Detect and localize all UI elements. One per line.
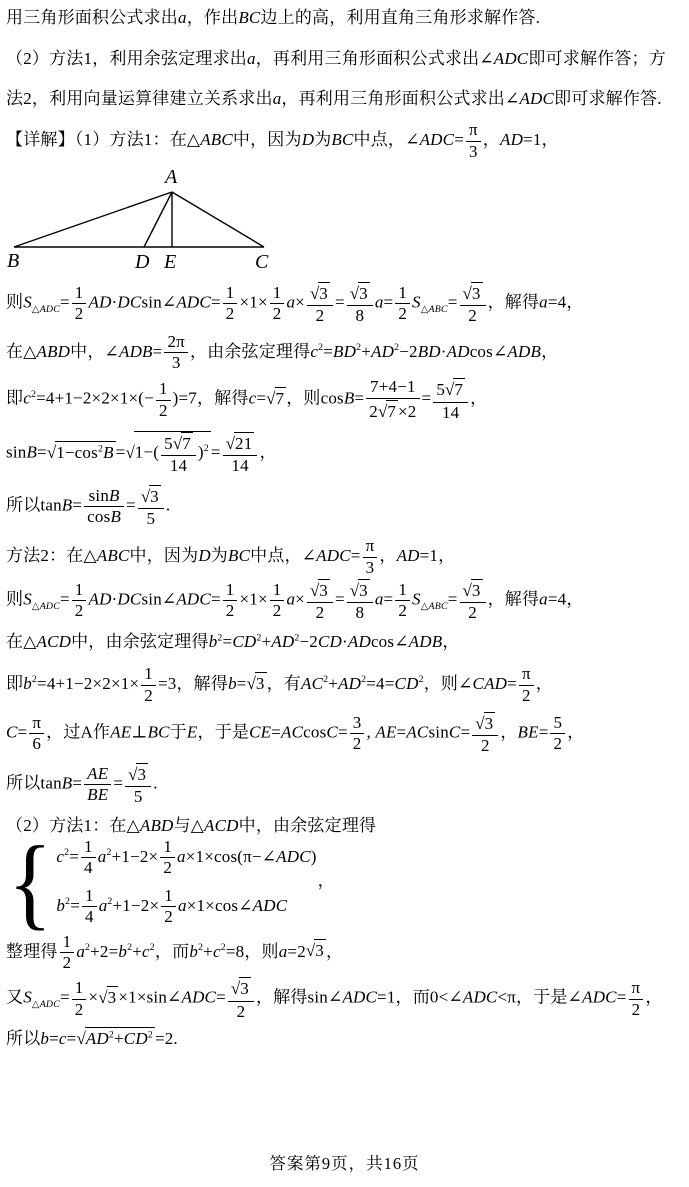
solution-line-5: 则S△ADC=12AD·DCsin∠ADC=12×1×12a×√32=√38a=…	[6, 282, 686, 326]
vertex-label-b: B	[7, 250, 19, 272]
vertex-label-a: A	[163, 166, 178, 188]
vertex-label-e: E	[163, 251, 176, 273]
solution-line-14: C=π6，过A作AE⊥BC于E，于是CE=ACcosC=32, AE=ACsin…	[6, 712, 686, 756]
solution-line-18: 又S△ADC=12×√3×1×sin∠ADC=√32，解得sin∠ADC=1，而…	[6, 977, 686, 1021]
document-page: 用三角形面积公式求出a，作出BC边上的高，利用直角三角形求解作答. （2）方法1…	[0, 0, 689, 1051]
solution-line-17: 整理得12a2+2=b2+c2，而b2+c2=8，则a=2√3，	[6, 933, 686, 973]
solution-line-11: 则S△ADC=12AD·DCsin∠ADC=12×1×12a×√32=√38a=…	[6, 579, 686, 623]
solution-line-7: 即c2=4+1−2×2×1×(−12)=7，解得c=√7，则cosB=7+4−1…	[6, 378, 686, 422]
solution-line-4: 【详解】（1）方法1：在△ABC中，因为D为BC中点，∠ADC=π3，AD=1，	[6, 121, 686, 161]
solution-line-9: 所以tanB=sinBcosB=√35.	[6, 485, 686, 529]
triangle-edges	[14, 192, 264, 247]
solution-line-8: sinB=√1−cos2B=√1−(5√714)2=√2114，	[6, 431, 686, 476]
solution-line-12: 在△ACD中，由余弦定理得b2=CD2+AD2−2CD·ADcos∠ADB，	[6, 630, 686, 654]
vertex-label-c: C	[255, 251, 269, 273]
solution-line-15: 所以tanB=AEBE=√35.	[6, 763, 686, 807]
vertex-labels: A B D E C	[7, 166, 269, 273]
solution-line-2: （2）方法1，利用余弦定理求出a，再利用三角形面积公式求出∠ADC即可求解作答；…	[6, 47, 686, 71]
solution-line-16: （2）方法1：在△ABD与△ACD中，由余弦定理得{c2=14a2+1−2×12…	[6, 814, 686, 926]
solution-line-3: 法2，利用向量运算律建立关系求出a，再利用三角形面积公式求出∠ADC即可求解作答…	[6, 87, 686, 111]
solution-line-19: 所以b=c=√AD2+CD2=2.	[6, 1027, 686, 1051]
page-footer: 答案第9页，共16页	[0, 1150, 689, 1174]
solution-line-10: 方法2：在△ABC中，因为D为BC中点，∠ADC=π3，AD=1，	[6, 537, 686, 577]
solution-line-13: 即b2=4+1−2×2×1×12=3，解得b=√3，有AC2+AD2=4=CD2…	[6, 665, 686, 705]
solution-line-1: 用三角形面积公式求出a，作出BC边上的高，利用直角三角形求解作答.	[6, 6, 686, 30]
triangle-diagram: A B D E C	[6, 165, 286, 273]
solution-line-6: 在△ABD中，∠ADB=2π3，由余弦定理得c2=BD2+AD2−2BD·ADc…	[6, 333, 686, 373]
vertex-label-d: D	[134, 251, 150, 273]
triangle-figure: A B D E C	[6, 165, 686, 278]
